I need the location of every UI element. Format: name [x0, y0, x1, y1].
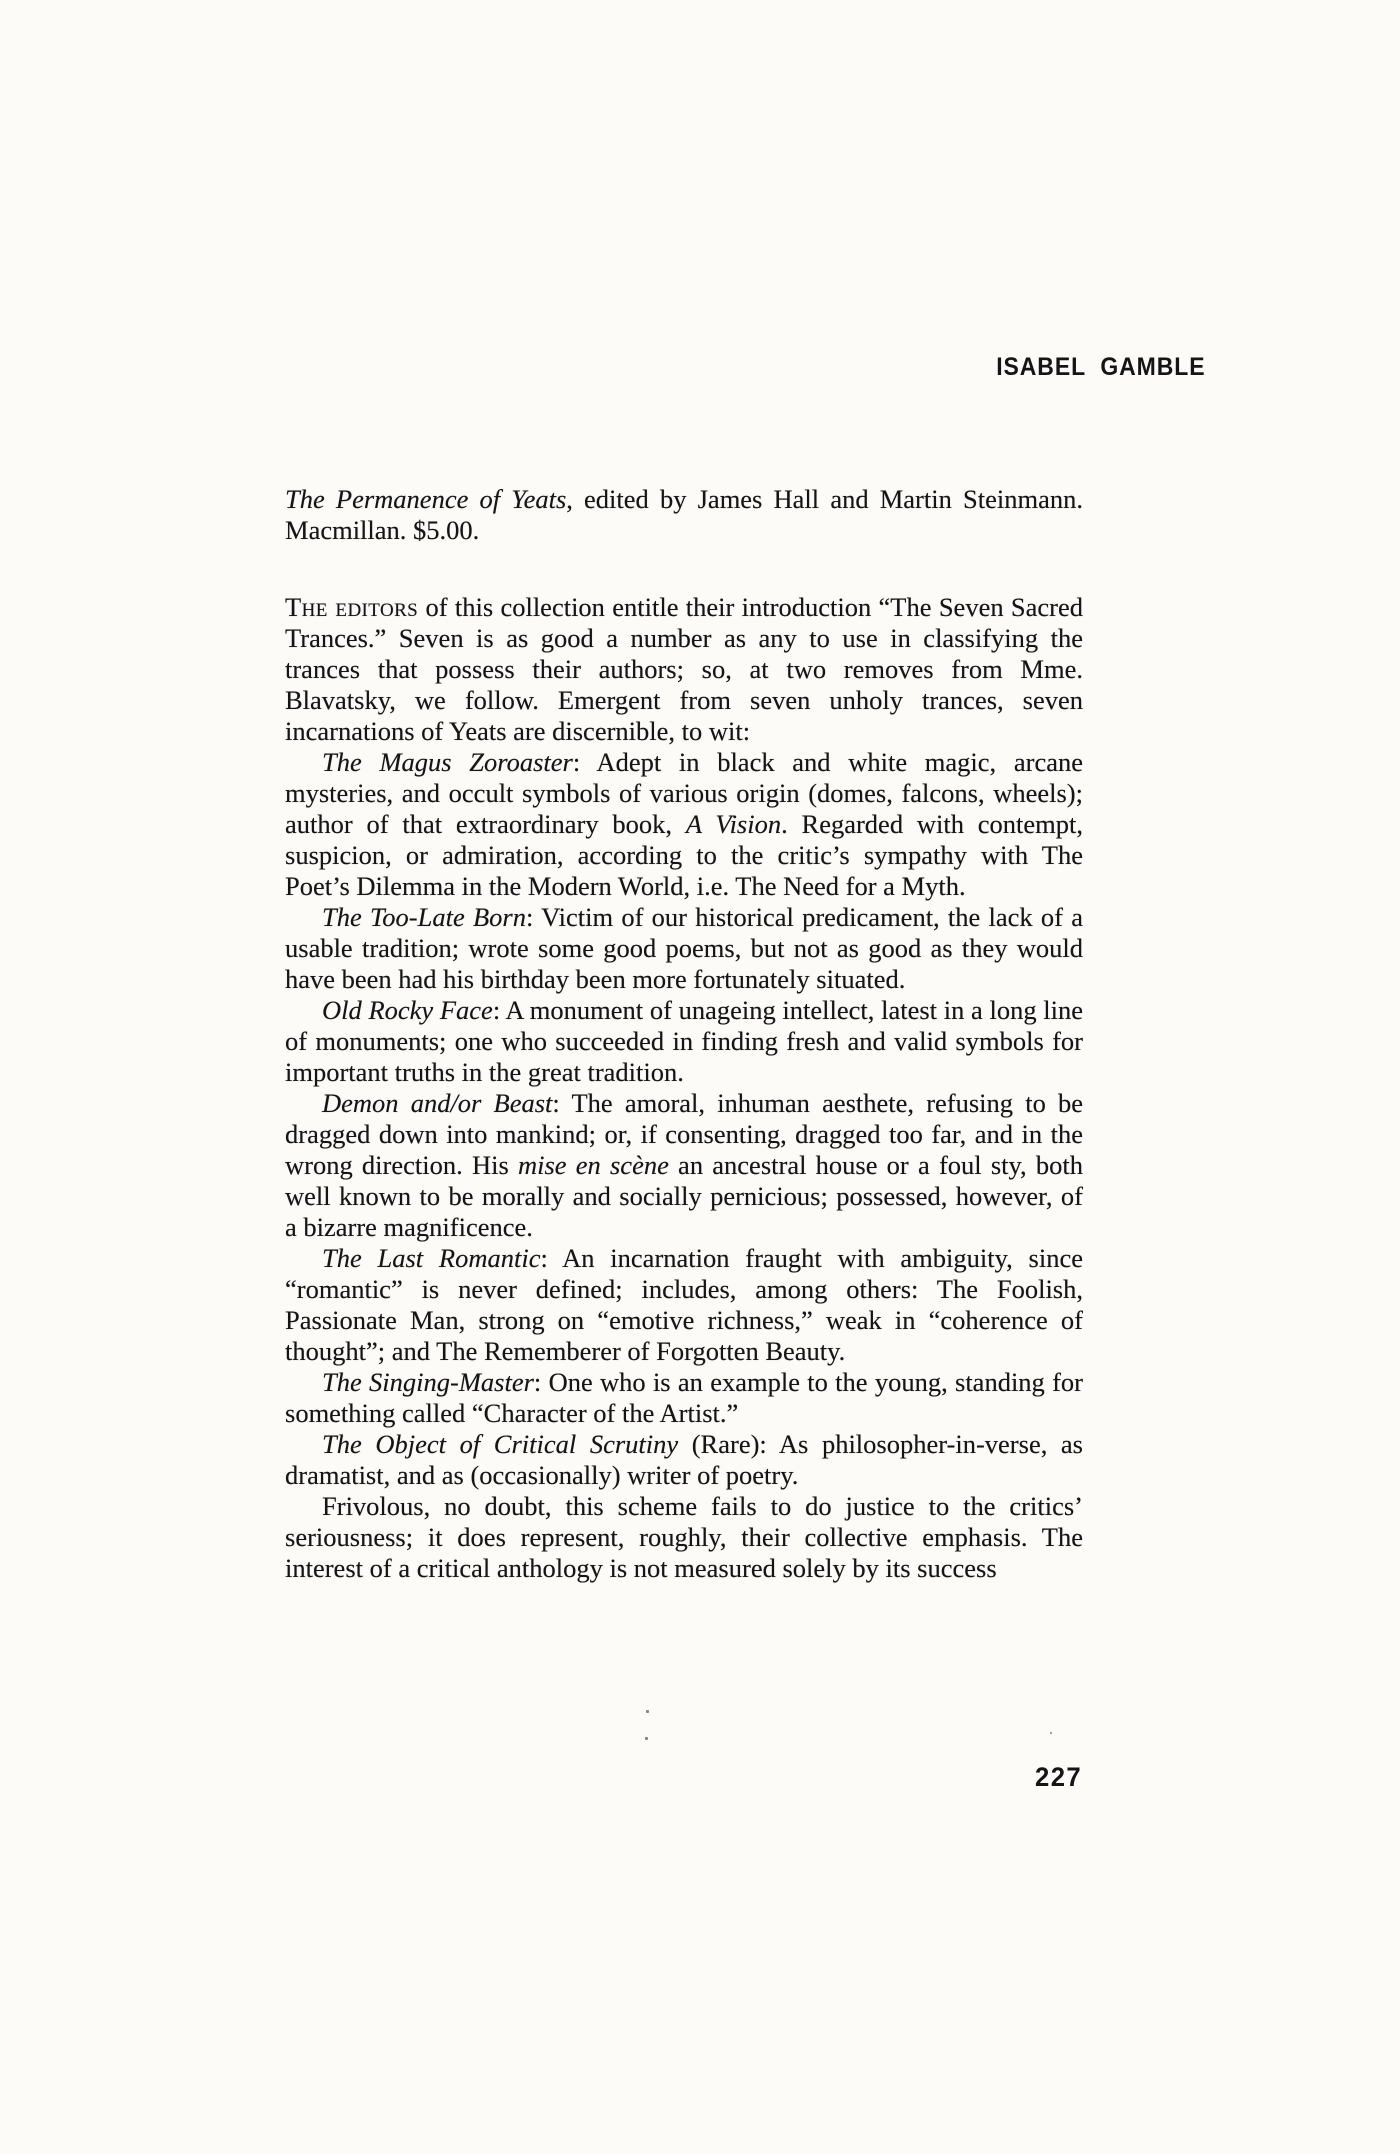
text-segment-italic: The Permanence of Yeats — [285, 484, 566, 514]
paragraph: The Magus Zoroaster: Adept in black and … — [285, 747, 1083, 902]
text-segment-italic: The Object of Critical Scrutiny — [322, 1429, 678, 1459]
paragraph: Frivolous, no doubt, this scheme fails t… — [285, 1491, 1083, 1584]
book-citation: The Permanence of Yeats, edited by James… — [285, 484, 1083, 546]
article-body: The editors of this collection entitle t… — [285, 592, 1083, 1584]
text-segment-italic: The Last Romantic — [322, 1243, 541, 1273]
text-segment-italic: The Too-Late Born — [322, 902, 526, 932]
book-page: ISABEL GAMBLE The Permanence of Yeats, e… — [0, 0, 1400, 2154]
paragraph: The Object of Critical Scrutiny (Rare): … — [285, 1429, 1083, 1491]
text-segment-italic: Old Rocky Face — [322, 995, 493, 1025]
paragraph: Old Rocky Face: A monument of unageing i… — [285, 995, 1083, 1088]
paragraph: The editors of this collection entitle t… — [285, 592, 1083, 747]
running-header-author: ISABEL GAMBLE — [996, 353, 1205, 382]
scan-speck — [1050, 1732, 1052, 1734]
text-segment-smallcaps: The editors — [285, 592, 418, 622]
paragraph: Demon and/or Beast: The amoral, inhuman … — [285, 1088, 1083, 1243]
text-segment-italic: Demon and/or Beast — [322, 1088, 552, 1118]
text-segment-italic: A Vision — [686, 809, 781, 839]
text-segment-italic: mise en scène — [518, 1150, 669, 1180]
paragraph: The Too-Late Born: Victim of our histori… — [285, 902, 1083, 995]
paragraph: The Singing-Master: One who is an exampl… — [285, 1367, 1083, 1429]
text-column: The Permanence of Yeats, edited by James… — [285, 484, 1083, 1584]
scan-speck — [646, 1710, 649, 1713]
text-segment-italic: The Magus Zoroaster — [322, 747, 573, 777]
paragraph: The Last Romantic: An incarnation fraugh… — [285, 1243, 1083, 1367]
scan-speck — [645, 1737, 648, 1740]
page-number: 227 — [1035, 1762, 1082, 1793]
text-segment-roman: Frivolous, no doubt, this scheme fails t… — [285, 1491, 1083, 1583]
text-segment-italic: The Singing-Master — [322, 1367, 534, 1397]
